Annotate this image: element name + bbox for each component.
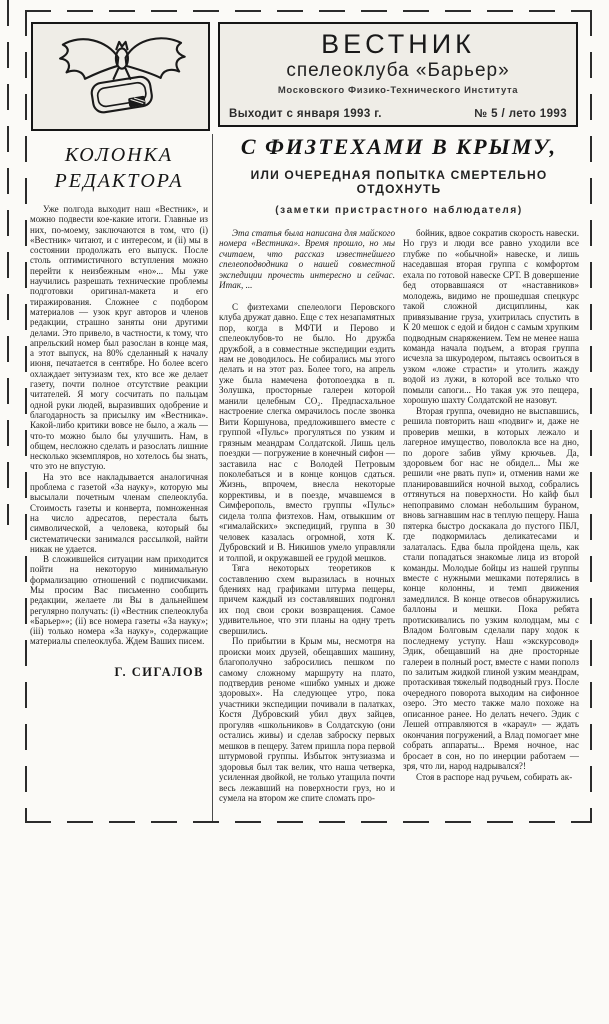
article-title: С ФИЗТЕХАМИ В КРЫМУ,	[219, 134, 579, 160]
editor-paragraph: Уже полгода выходит наш «Вестник», и мож…	[30, 204, 208, 472]
editor-signature: Г. СИГАЛОВ	[30, 665, 208, 680]
article-paragraph: Стоя в распоре над ручьем, собирать ак-	[403, 772, 579, 782]
editor-column: КОЛОНКА РЕДАКТОРА Уже полгода выходит на…	[30, 140, 208, 822]
published-since: Выходит с января 1993 г.	[229, 108, 382, 120]
article-paragraph: Вторая группа, очевидно не выспавшись, р…	[403, 406, 579, 772]
institute-name: Московского Физико-Технического Институт…	[220, 85, 576, 96]
newsletter-title: ВЕСТНИК	[220, 29, 576, 59]
article-note: (заметки пристрастного наблюдателя)	[219, 205, 579, 216]
frame-left-dash	[25, 10, 27, 821]
newsletter-subtitle: спелеоклуба «Барьер»	[220, 59, 576, 82]
article-lead: Эта статья была написана для майского но…	[219, 228, 395, 291]
article-paragraph: С физтехами спелеологи Перовского клуба …	[219, 302, 395, 563]
masthead: ВЕСТНИК спелеоклуба «Барьер» Московского…	[218, 22, 578, 127]
club-logo-box	[31, 22, 210, 131]
article-column-2: бойник, вдвое сократив скорость навески.…	[403, 228, 579, 803]
issue-number: № 5 / лето 1993	[474, 108, 567, 120]
editor-paragraph: В сложившейся ситуации нам приходится по…	[30, 554, 208, 647]
masthead-info-row: Выходит с января 1993 г. № 5 / лето 1993	[220, 108, 576, 120]
editor-title-line2: РЕДАКТОРА	[55, 170, 184, 192]
frame-right-dash	[590, 10, 592, 821]
editor-title-line1: КОЛОНКА	[65, 144, 173, 166]
column-divider-rule	[212, 134, 213, 821]
article-column-1: Эта статья была написана для майского но…	[219, 228, 395, 803]
article-paragraph: По прибытии в Крым мы, несмотря на проис…	[219, 636, 395, 803]
article-columns: Эта статья была написана для майского но…	[219, 228, 579, 803]
page-edge-dash-line	[7, 0, 9, 525]
scanned-newsletter: { "colors": { "ink": "#1b1b1b", "paper":…	[0, 0, 609, 1024]
frame-top-dash	[25, 10, 592, 12]
editor-column-title: КОЛОНКА РЕДАКТОРА	[30, 142, 208, 194]
article-subtitle: ИЛИ ОЧЕРЕДНАЯ ПОПЫТКА СМЕРТЕЛЬНО ОТДОХНУ…	[219, 168, 579, 196]
editor-paragraph: На это все накладывается аналогичная про…	[30, 472, 208, 554]
article-paragraph: бойник, вдвое сократив скорость навески.…	[403, 228, 579, 406]
main-article: С ФИЗТЕХАМИ В КРЫМУ, ИЛИ ОЧЕРЕДНАЯ ПОПЫТ…	[219, 134, 579, 824]
bat-carabiner-icon	[40, 29, 202, 125]
article-paragraph: Тяга некоторых теоретиков к составлению …	[219, 563, 395, 636]
